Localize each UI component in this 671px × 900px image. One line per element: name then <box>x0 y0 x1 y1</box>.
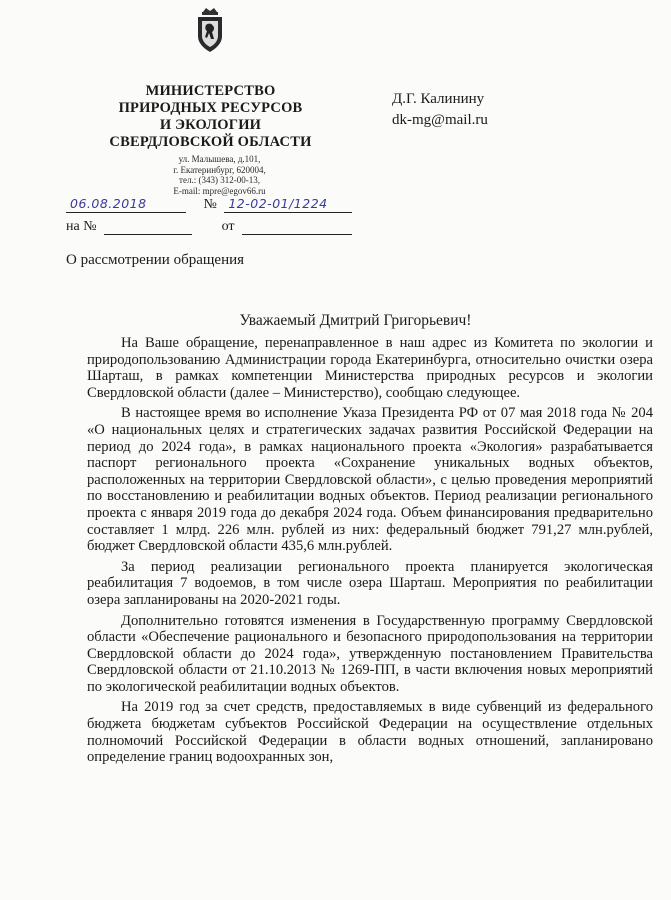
recipient-name: Д.Г. Калинину <box>392 89 488 110</box>
paragraph: Дополнительно готовятся изменения в Госу… <box>87 613 653 696</box>
ref-number-field <box>104 218 192 235</box>
reg-date-field: 06.08.2018 <box>66 196 186 213</box>
recipient-block: Д.Г. Калинину dk-mg@mail.ru <box>392 89 488 131</box>
ref-date-field <box>242 218 352 235</box>
ministry-address: ул. Малышева, д.101, г. Екатеринбург, 62… <box>88 154 333 196</box>
letter-page: МИНИСТЕРСТВО ПРИРОДНЫХ РЕСУРСОВ И ЭКОЛОГ… <box>0 0 671 900</box>
letter-subject: О рассмотрении обращения <box>66 252 244 269</box>
coat-of-arms-icon <box>193 6 227 54</box>
reference-row: на № от <box>66 218 352 235</box>
paragraph: В настоящее время во исполнение Указа Пр… <box>87 405 653 554</box>
letter-body: На Ваше обращение, перенаправленное в на… <box>87 335 653 766</box>
salutation: Уважаемый Дмитрий Григорьевич! <box>0 312 671 330</box>
paragraph: На Ваше обращение, перенаправленное в на… <box>87 335 653 401</box>
letterhead: МИНИСТЕРСТВО ПРИРОДНЫХ РЕСУРСОВ И ЭКОЛОГ… <box>88 83 333 196</box>
recipient-email: dk-mg@mail.ru <box>392 110 488 131</box>
paragraph: За период реализации регионального проек… <box>87 559 653 609</box>
paragraph: На 2019 год за счет средств, предоставля… <box>87 699 653 765</box>
reg-number-field: 12-02-01/1224 <box>224 196 352 213</box>
registration-row: 06.08.2018 № 12-02-01/1224 <box>66 196 352 213</box>
ministry-name: МИНИСТЕРСТВО ПРИРОДНЫХ РЕСУРСОВ И ЭКОЛОГ… <box>88 83 333 151</box>
